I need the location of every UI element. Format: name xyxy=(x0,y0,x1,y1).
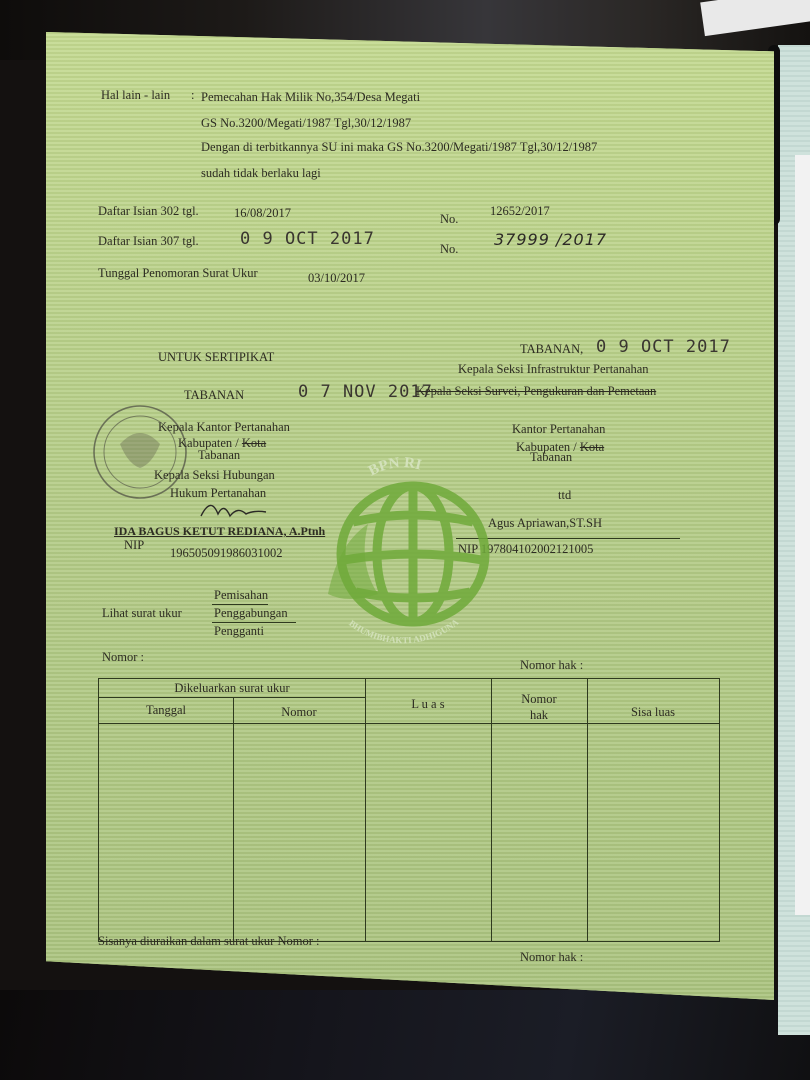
table-header-nomor: Nomor xyxy=(233,705,365,720)
table-col-divider xyxy=(233,697,234,941)
option-penggabungan: Penggabungan xyxy=(214,606,288,621)
option-pemisahan: Pemisahan xyxy=(214,588,268,603)
left-date-stamp: 0 7 NOV 2017 xyxy=(298,382,433,402)
daftar-isian-307-date-stamp: 0 9 OCT 2017 xyxy=(240,229,375,249)
daftar-isian-302-no-label: No. xyxy=(440,212,458,227)
right-office-line-2-struck: Kota xyxy=(580,440,604,454)
nomor-hak-label: Nomor hak : xyxy=(520,658,583,673)
left-signatory-name: IDA BAGUS KETUT REDIANA, A.Ptnh xyxy=(114,524,325,539)
table-header-divider xyxy=(99,723,719,724)
daftar-isian-302-label: Daftar Isian 302 tgl. xyxy=(98,204,199,219)
right-city: TABANAN, xyxy=(520,342,583,357)
sisanya-label: Sisanya diuraikan dalam surat ukur Nomor… xyxy=(98,934,319,949)
left-title-line-4: Kepala Seksi Hubungan xyxy=(154,468,275,483)
nomor-label: Nomor : xyxy=(102,650,144,665)
table-header-tanggal: Tanggal xyxy=(99,703,233,718)
seal-top-text: BPN RI xyxy=(366,455,423,479)
bpn-ri-globe-seal-icon: BPN RI BHUMIBHAKTI ADHIGUNA xyxy=(308,444,498,654)
daftar-isian-302-no: 12652/2017 xyxy=(490,204,550,219)
surat-ukur-page: Hal lain - lain : Pemecahan Hak Milik No… xyxy=(46,32,774,1000)
left-nip-label: NIP xyxy=(124,538,144,553)
hal-lain-line-1: Pemecahan Hak Milik No,354/Desa Megati xyxy=(201,90,420,105)
right-date-stamp: 0 9 OCT 2017 xyxy=(596,337,731,357)
table-col-divider xyxy=(365,679,366,941)
table-header-luas: L u a s xyxy=(365,697,491,712)
left-city: TABANAN xyxy=(184,388,244,403)
footer-nomor-hak-label: Nomor hak : xyxy=(520,950,583,965)
left-nip: 196505091986031002 xyxy=(170,546,283,561)
colon: : xyxy=(191,88,194,103)
table-header-sisa-luas: Sisa luas xyxy=(587,705,719,720)
right-title-line-1: Kepala Seksi Infrastruktur Pertanahan xyxy=(458,362,649,377)
surat-ukur-table: Dikeluarkan surat ukur Tanggal Nomor L u… xyxy=(98,678,720,942)
table-group-divider xyxy=(99,697,365,698)
background-bottom xyxy=(0,990,810,1080)
option-pengganti: Pengganti xyxy=(214,624,264,639)
right-signatory-name: Agus Apriawan,ST.SH xyxy=(488,516,602,531)
lihat-surat-ukur-label: Lihat surat ukur xyxy=(102,606,182,621)
hal-lain-label: Hal lain - lain xyxy=(101,88,170,103)
option-divider-2 xyxy=(212,622,296,623)
hal-lain-line-4: sudah tidak berlaku lagi xyxy=(201,166,321,181)
right-ttd: ttd xyxy=(558,488,571,503)
hal-lain-line-2: GS No.3200/Megati/1987 Tgl,30/12/1987 xyxy=(201,116,411,131)
untuk-sertipikat-heading: UNTUK SERTIPIKAT xyxy=(158,350,274,365)
daftar-isian-307-label: Daftar Isian 307 tgl. xyxy=(98,234,199,249)
table-group-header: Dikeluarkan surat ukur xyxy=(99,681,365,696)
daftar-isian-302-date: 16/08/2017 xyxy=(234,206,291,221)
option-divider-1 xyxy=(212,604,268,605)
svg-text:BPN RI: BPN RI xyxy=(366,455,423,479)
table-header-nomor-hak: Nomor hak xyxy=(491,691,587,723)
left-title-line-2-struck: Kota xyxy=(242,436,266,450)
daftar-isian-307-no-label: No. xyxy=(440,242,458,257)
daftar-isian-307-no-handwritten: 37999 /2017 xyxy=(494,230,607,249)
right-office-line-3: Tabanan xyxy=(530,450,572,465)
left-title-line-1: Kepala Kantor Pertanahan xyxy=(158,420,290,435)
adjacent-white-sheet xyxy=(795,155,810,915)
tanggal-penomoran-date: 03/10/2017 xyxy=(308,271,365,286)
left-title-line-3: Tabanan xyxy=(198,448,240,463)
right-title-struck: Kepala Seksi Survei, Pengukuran dan Peme… xyxy=(416,384,656,399)
tanggal-penomoran-label: Tunggal Penomoran Surat Ukur xyxy=(98,266,258,281)
right-office-line-1: Kantor Pertanahan xyxy=(512,422,605,437)
hal-lain-line-3: Dengan di terbitkannya SU ini maka GS No… xyxy=(201,140,597,155)
left-signature-scribble-icon xyxy=(196,494,276,522)
